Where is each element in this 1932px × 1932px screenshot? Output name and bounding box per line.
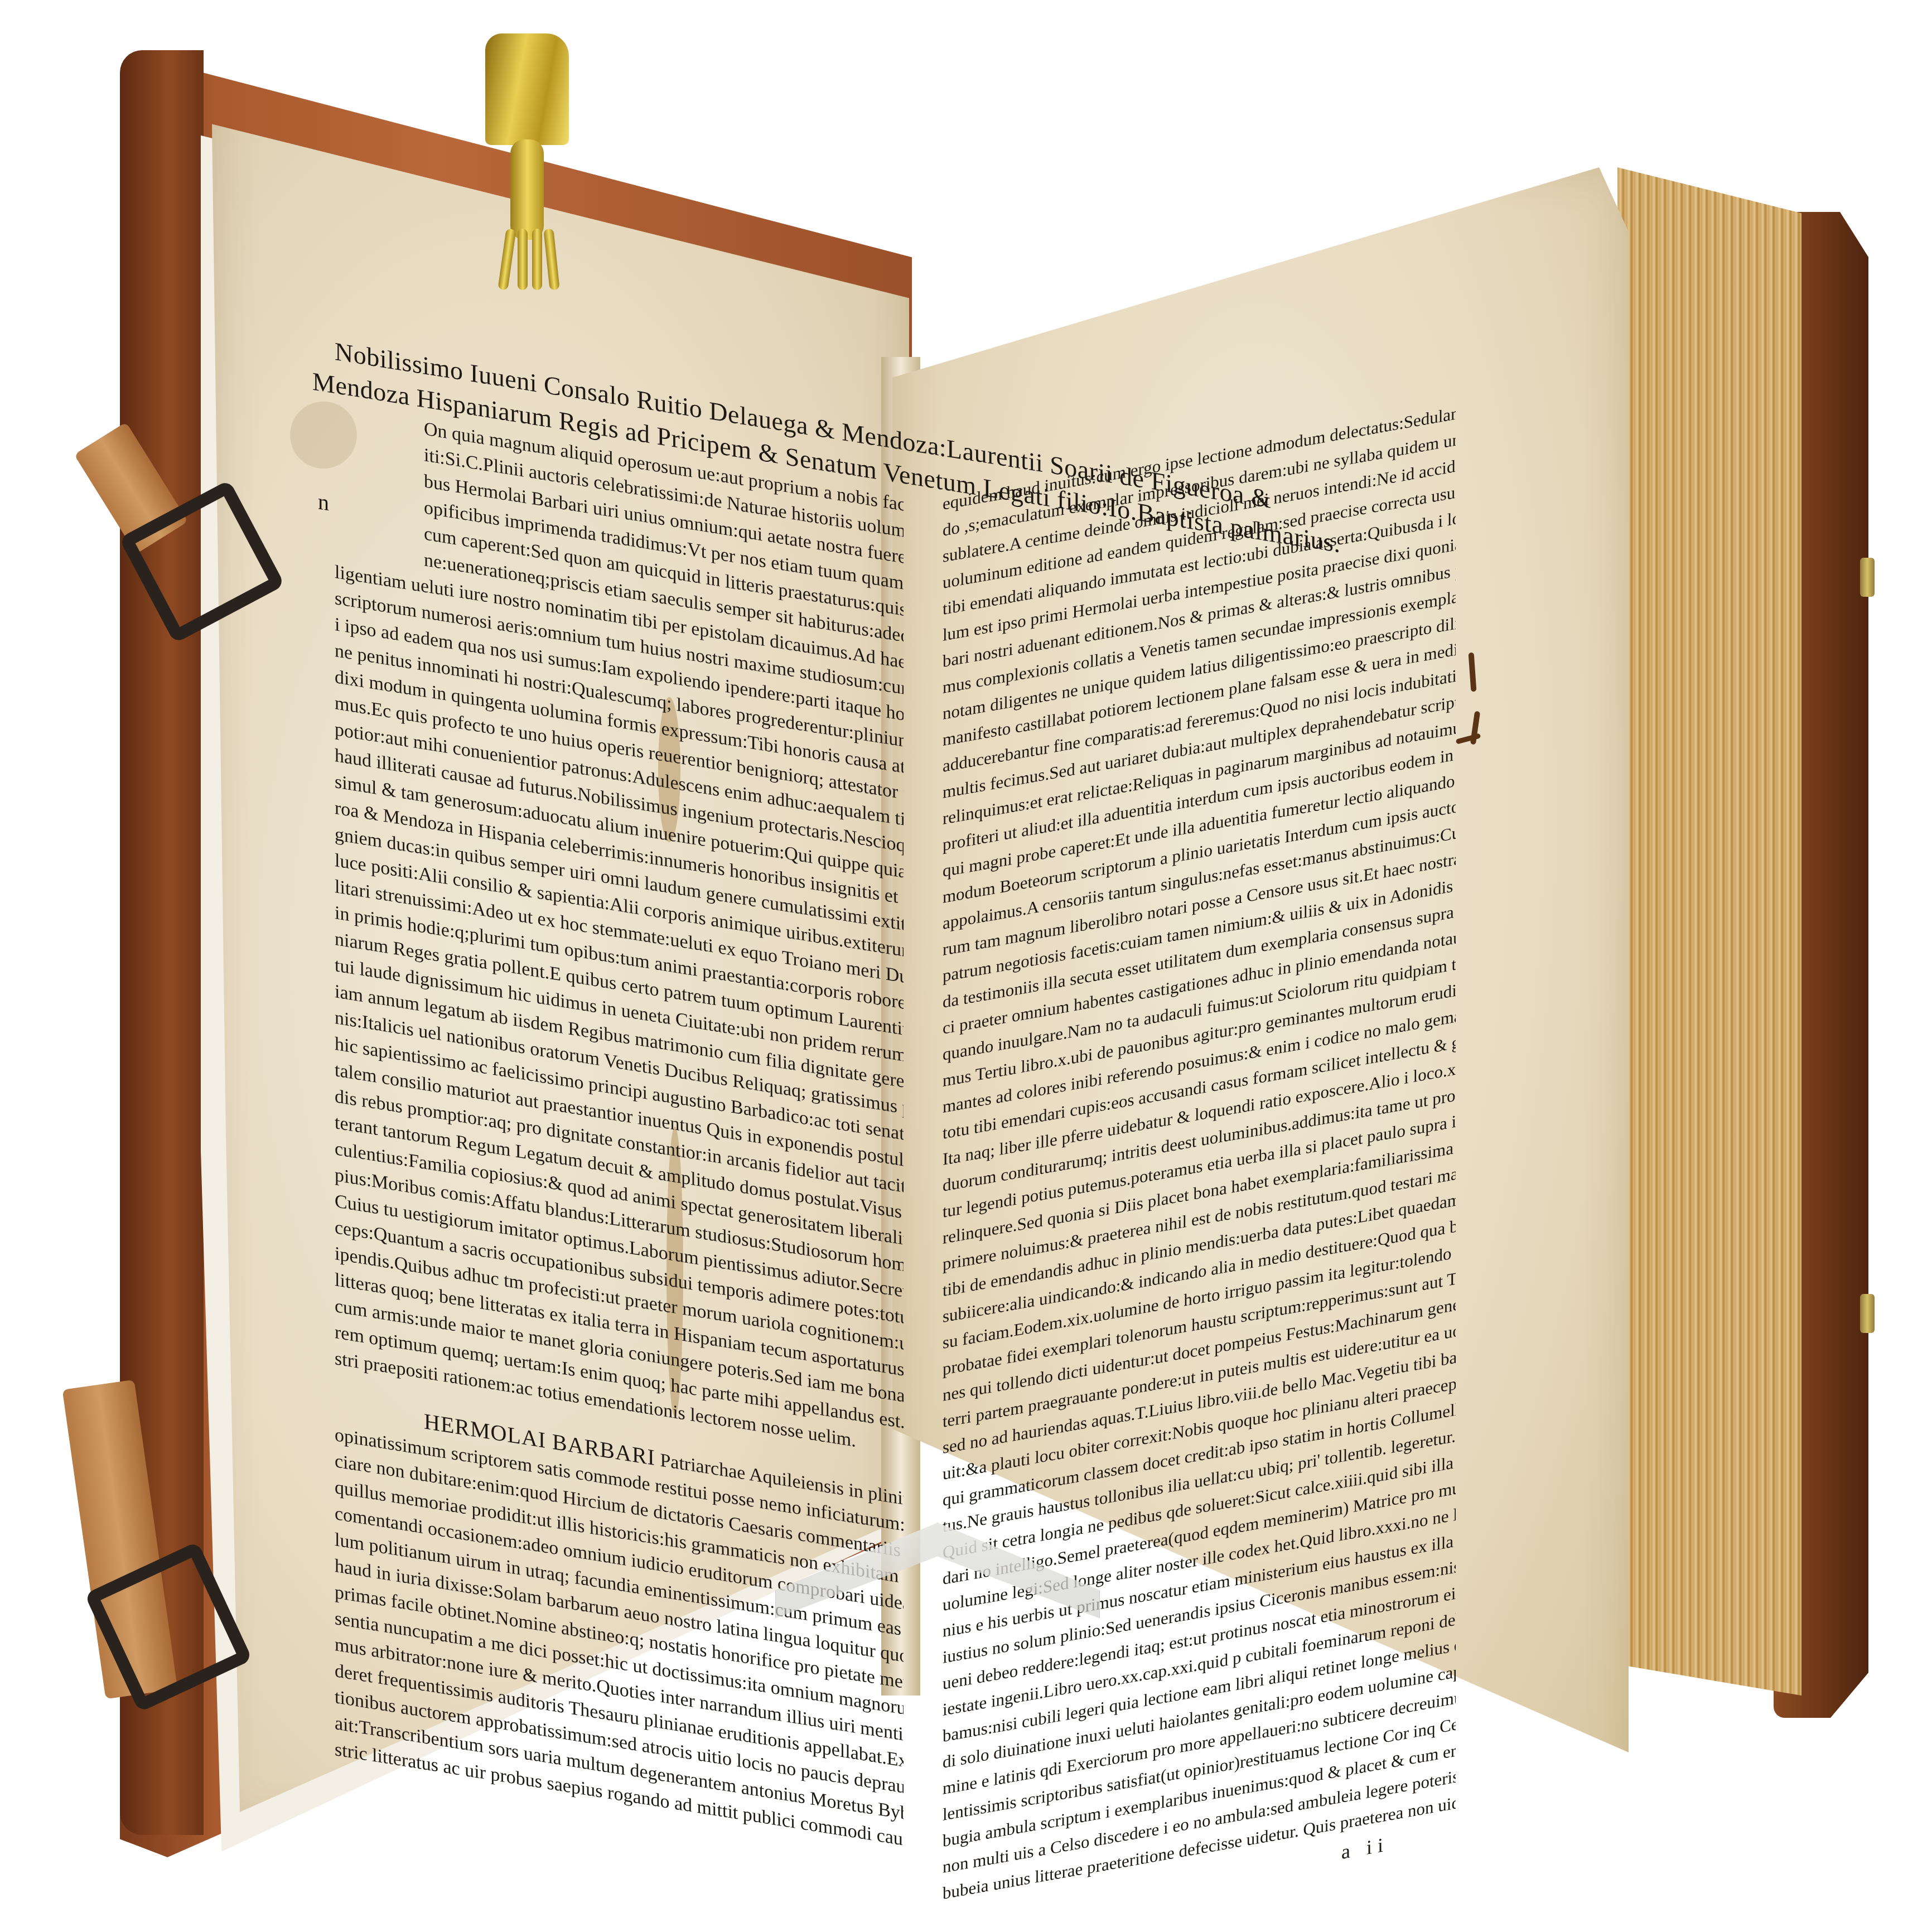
clip-finger — [498, 228, 516, 290]
marginal-cross-mark — [1456, 711, 1489, 750]
brass-hand-clip-icon — [480, 33, 580, 290]
clip-finger — [543, 228, 559, 290]
clip-cuff — [485, 33, 569, 145]
clip-hand — [510, 139, 544, 240]
left-page-text: Nobilissimo Iuueni Consalo Ruitio Delaue… — [335, 335, 904, 1853]
clip-finger — [518, 229, 528, 290]
brass-clasp-upper — [1860, 558, 1875, 597]
right-page-text: equidem haud inuitus:cum ergo ipse lecti… — [943, 400, 1456, 1932]
guide-letter: n — [318, 488, 329, 516]
book-photo: Nobilissimo Iuueni Consalo Ruitio Delaue… — [0, 0, 1932, 1932]
page-fore-edge — [1617, 167, 1801, 1696]
clip-finger — [532, 229, 542, 290]
brass-clasp-lower — [1860, 1294, 1875, 1333]
